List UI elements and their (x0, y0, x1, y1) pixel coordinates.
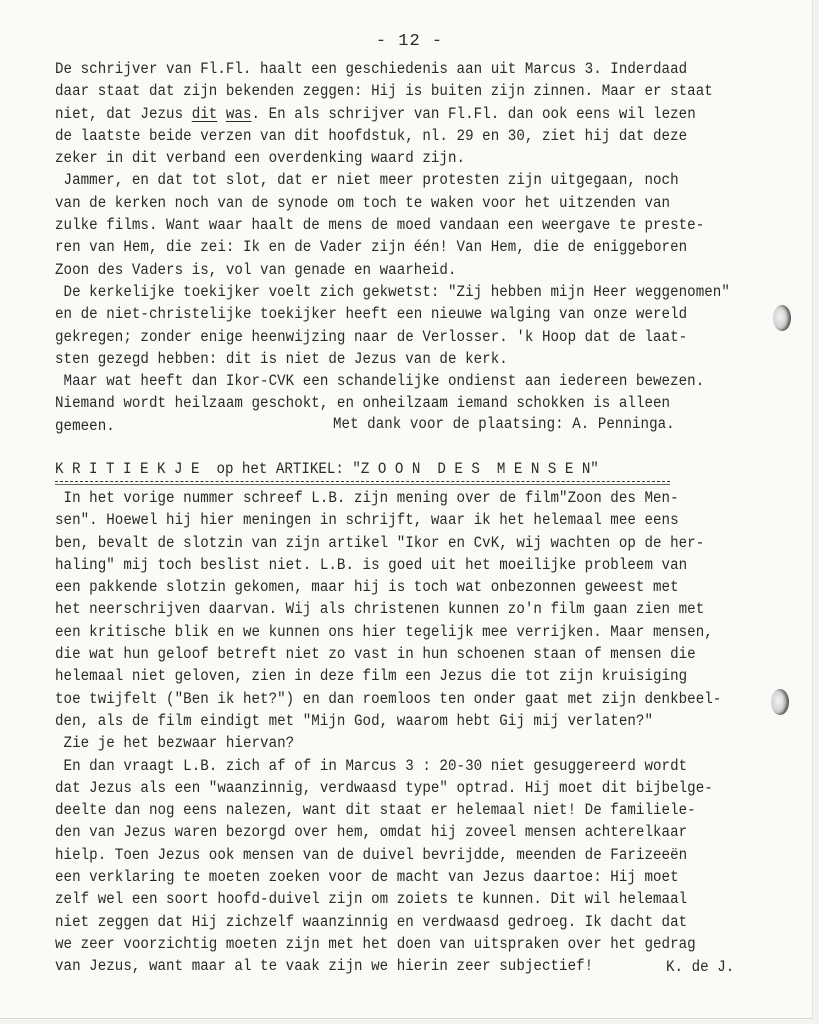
underlined-word: was (226, 105, 252, 123)
text-line: het neerschrijven daarvan. Wij als chris… (55, 598, 736, 620)
text-line: zeker in dit verband een overdenking waa… (55, 147, 736, 169)
text-line: zelf wel een soort hoofd-duivel zijn om … (55, 888, 736, 910)
signature-kdej: K. de J. (666, 956, 734, 978)
text-line: ben, bevalt de slotzin van zijn artikel … (55, 532, 736, 554)
text-line: Jammer, en dat tot slot, dat er niet mee… (55, 169, 736, 191)
text-line: haling" mij toch beslist niet. L.B. is g… (55, 554, 736, 576)
document-page: - 12 - De schrijver van Fl.Fl. haalt een… (0, 0, 813, 1019)
punch-hole-icon (771, 689, 789, 715)
text-line: Maar wat heeft dan Ikor-CVK een schandel… (55, 370, 736, 392)
text-line: ren van Hem, die zei: Ik en de Vader zij… (55, 236, 736, 258)
heading-underline (55, 481, 670, 482)
punch-hole-icon (773, 305, 791, 331)
text-line: die wat hun geloof betreft niet zo vast … (55, 643, 736, 665)
text-line: van Jezus, want maar al te vaak zijn we … (55, 955, 736, 977)
text-line: sen". Hoewel hij hier meningen in schrij… (55, 509, 736, 531)
text-span: niet, dat Jezus (55, 105, 192, 123)
text-line: In het vorige nummer schreef L.B. zijn m… (55, 487, 736, 509)
signature-penninga: Met dank voor de plaatsing: A. Penninga. (333, 413, 675, 435)
text-line: van de kerken noch van de synode om toch… (55, 192, 736, 214)
text-line: zulke films. Want waar haalt de mens de … (55, 214, 736, 236)
text-line: den, als de film eindigt met "Mijn God, … (55, 710, 736, 732)
text-line: en de niet-christelijke toekijker heeft … (55, 303, 736, 325)
text-line: helemaal niet geloven, zien in deze film… (55, 665, 736, 687)
text-line: gekregen; zonder enige heenwijzing naar … (55, 326, 736, 348)
text-line: niet zeggen dat Hij zichzelf waanzinnig … (55, 911, 736, 933)
text-line: sten gezegd hebben: dit is niet de Jezus… (55, 348, 736, 370)
article-part-1: De schrijver van Fl.Fl. haalt een geschi… (55, 58, 795, 437)
text-line: Zie je het bezwaar hiervan? (55, 732, 736, 754)
text-line: deelte dan nog eens nalezen, want dit st… (55, 799, 736, 821)
text-line: De schrijver van Fl.Fl. haalt een geschi… (55, 58, 736, 80)
underlined-word: dit (192, 105, 218, 123)
page-number: - 12 - (0, 32, 819, 51)
text-span: . En als schrijver van Fl.Fl. dan ook ee… (252, 105, 696, 123)
text-line: de laatste beide verzen van dit hoofdstu… (55, 125, 736, 147)
text-line: toe twijfelt ("Ben ik het?") en dan roem… (55, 688, 736, 710)
text-line: een pakkende slotzin gekomen, maar hij i… (55, 576, 736, 598)
text-line: De kerkelijke toekijker voelt zich gekwe… (55, 281, 736, 303)
text-span (217, 105, 226, 123)
text-line: een kritische blik en we kunnen ons hier… (55, 621, 736, 643)
text-line: den van Jezus waren bezorgd over hem, om… (55, 821, 736, 843)
text-line: hielp. Toen Jezus ook mensen van de duiv… (55, 844, 736, 866)
text-line: niet, dat Jezus dit was. En als schrijve… (55, 103, 736, 125)
text-line: daar staat dat zijn bekenden zeggen: Hij… (55, 80, 736, 102)
text-line: we zeer voorzichtig moeten zijn met het … (55, 933, 736, 955)
section-heading: K R I T I E K J E op het ARTIKEL: "Z O O… (55, 458, 599, 480)
text-line: dat Jezus als een "waanzinnig, verdwaasd… (55, 777, 736, 799)
article-part-2: In het vorige nummer schreef L.B. zijn m… (55, 487, 795, 978)
text-line: een verklaring te moeten zoeken voor de … (55, 866, 736, 888)
text-line: En dan vraagt L.B. zich af of in Marcus … (55, 755, 736, 777)
text-line: Niemand wordt heilzaam geschokt, en onhe… (55, 392, 736, 414)
heading-underline-solid (55, 484, 670, 485)
text-line: Zoon des Vaders is, vol van genade en wa… (55, 259, 736, 281)
